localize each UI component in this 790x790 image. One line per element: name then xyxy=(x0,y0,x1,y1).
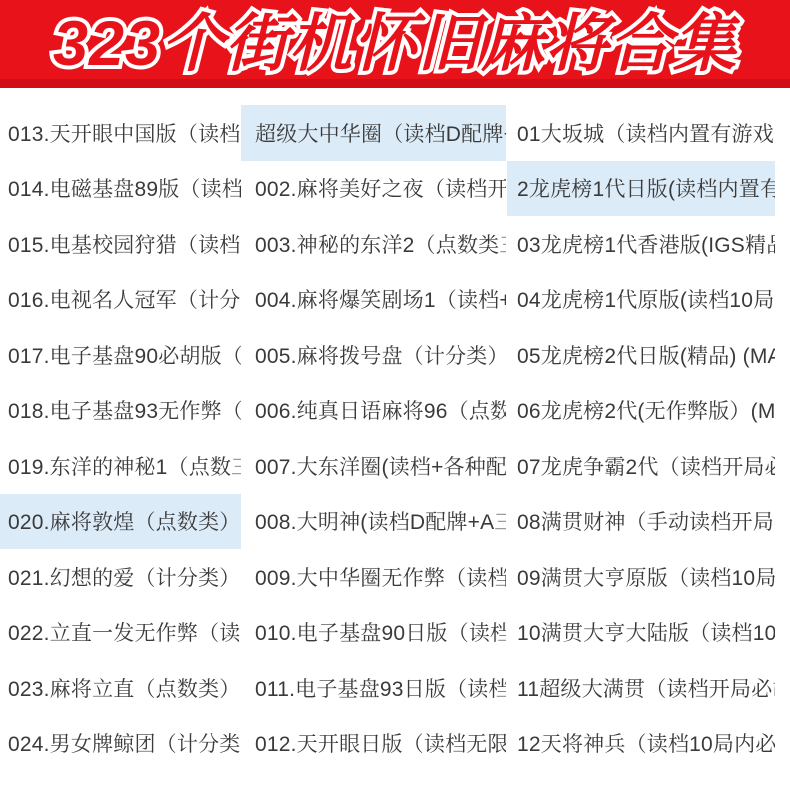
list-item: 006.纯真日语麻将96（点数类） xyxy=(241,383,506,439)
list-item: 04龙虎榜1代原版(读档10局内必 xyxy=(507,272,775,328)
title-banner: 323个街机怀旧麻将合集 xyxy=(0,0,790,88)
list-item: 022.立直一发无作弊（读档G xyxy=(0,605,241,661)
list-item: 019.东洋的神秘1（点数三元可 xyxy=(0,438,241,494)
game-list: 013.天开眼中国版（读档无限014.电磁基盘89版（读档无限015.电基校园狩… xyxy=(0,105,790,771)
game-list-column-2: 超级大中华圈（读档D配牌+A三002.麻将美好之夜（读档开局役003.神秘的东洋… xyxy=(241,105,506,771)
list-item: 024.男女牌鲸团（计分类读档 xyxy=(0,716,241,772)
list-item: 010.电子基盘90日版（读档无限 xyxy=(241,605,506,661)
list-item: 08满贯财神（手动读档开局必胡 xyxy=(507,494,775,550)
list-item: 003.神秘的东洋2（点数类三元可 xyxy=(241,216,506,272)
list-item: 012.天开眼日版（读档无限天开 xyxy=(241,716,506,772)
list-item: 06龙虎榜2代(无作弊版）(MAM xyxy=(507,383,775,439)
list-item: 09满贯大亨原版（读档10局内必 xyxy=(507,549,775,605)
list-item: 002.麻将美好之夜（读档开局役 xyxy=(241,161,506,217)
list-item: 011.电子基盘93日版（读档无限 xyxy=(241,660,506,716)
game-list-column-1: 013.天开眼中国版（读档无限014.电磁基盘89版（读档无限015.电基校园狩… xyxy=(0,105,241,771)
list-item: 03龙虎榜1代香港版(IGS精品) ( xyxy=(507,216,775,272)
list-item: 018.电子基盘93无作弊（读档 xyxy=(0,383,241,439)
list-item: 超级大中华圈（读档D配牌+A三 xyxy=(241,105,506,161)
list-item: 017.电子基盘90必胡版（读档 xyxy=(0,327,241,383)
list-item: 11超级大满贯（读档开局必胡各 xyxy=(507,660,775,716)
game-list-column-3: 01大坂城（读档内置有游戏币）2龙虎榜1代日版(读档内置有游戏03龙虎榜1代香港… xyxy=(507,105,775,771)
banner-art: 323个街机怀旧麻将合集 xyxy=(0,0,790,88)
list-item: 2龙虎榜1代日版(读档内置有游戏 xyxy=(507,161,775,217)
list-item: 005.麻将拨号盘（计分类）(MAME xyxy=(241,327,506,383)
list-item: 12天将神兵（读档10局内必胡押 xyxy=(507,716,775,772)
list-item: 10满贯大亨大陆版（读档10局内 xyxy=(507,605,775,661)
promo-page: 323个街机怀旧麻将合集 013.天开眼中国版（读档无限014.电磁基盘89版（… xyxy=(0,0,790,790)
list-item: 01大坂城（读档内置有游戏币） xyxy=(507,105,775,161)
list-item: 020.麻将敦煌（点数类）(MAME xyxy=(0,494,241,550)
list-item: 004.麻将爆笑剧场1（读档+E无 xyxy=(241,272,506,328)
list-item: 008.大明神(读档D配牌+A三元 xyxy=(241,494,506,550)
list-item: 023.麻将立直（点数类）(MAME xyxy=(0,660,241,716)
list-item: 015.电基校园狩猎（读档c配牌 xyxy=(0,216,241,272)
list-item: 007.大东洋圈(读档+各种配牌） xyxy=(241,438,506,494)
banner-bottom-stripe xyxy=(0,79,790,88)
list-item: 014.电磁基盘89版（读档无限 xyxy=(0,161,241,217)
list-item: 009.大中华圈无作弊（读档D配 xyxy=(241,549,506,605)
list-item: 07龙虎争霸2代（读档开局必胡押 xyxy=(507,438,775,494)
list-item: 013.天开眼中国版（读档无限 xyxy=(0,105,241,161)
list-item: 016.电视名人冠军（计分类） xyxy=(0,272,241,328)
list-item: 05龙虎榜2代日版(精品) (MAME xyxy=(507,327,775,383)
page-title: 323个街机怀旧麻将合集 xyxy=(53,9,741,79)
list-item: 021.幻想的爱（计分类）(MAME xyxy=(0,549,241,605)
